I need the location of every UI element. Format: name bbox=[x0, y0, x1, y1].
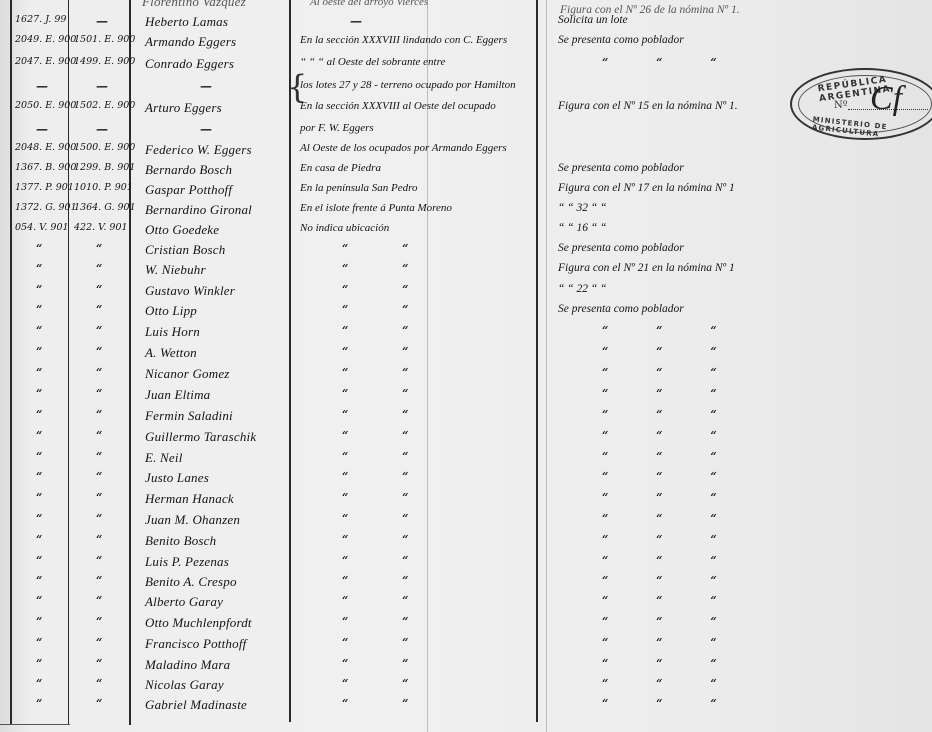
settler-name: Cristian Bosch bbox=[145, 242, 225, 258]
expediente-number-2: 1299. B. 901 bbox=[74, 162, 135, 173]
observation: “ “ “ bbox=[602, 512, 717, 525]
expediente-number-2: “ bbox=[96, 554, 102, 567]
location-description: “ “ bbox=[342, 345, 408, 358]
expediente-number-2: “ bbox=[96, 429, 102, 442]
expediente-number-2: 1499. E. 900 bbox=[74, 56, 135, 67]
settler-name: Otto Muchlenpfordt bbox=[145, 615, 252, 631]
settler-name: Benito Bosch bbox=[145, 533, 216, 549]
expediente-number-2: “ bbox=[96, 574, 102, 587]
expediente-number: 2050. E. 900 bbox=[15, 100, 76, 111]
expediente-number: 054. V. 901 bbox=[15, 222, 69, 233]
settler-name: Heberto Lamas bbox=[145, 14, 228, 30]
expediente-number-2: “ bbox=[96, 594, 102, 607]
expediente-number: 1367. B. 900 bbox=[15, 162, 76, 173]
location-description: “ “ bbox=[342, 408, 408, 421]
location-description: No indica ubicación bbox=[300, 222, 389, 234]
observation: “ “ “ bbox=[602, 574, 717, 587]
settler-name: Armando Eggers bbox=[145, 34, 236, 50]
observation: “ “ 32 “ “ bbox=[558, 202, 607, 214]
settler-name: Otto Goedeke bbox=[145, 222, 219, 238]
settler-name: Nicanor Gomez bbox=[145, 366, 230, 382]
observation: “ “ 22 “ “ bbox=[558, 283, 607, 295]
location-description: “ “ bbox=[342, 574, 408, 587]
expediente-number: “ bbox=[36, 324, 42, 337]
location-description: En la sección XXXVIII lindando con C. Eg… bbox=[300, 34, 507, 46]
observation: Figura con el Nº 15 en la nómina Nº 1. bbox=[558, 100, 738, 112]
location-description: “ “ bbox=[342, 615, 408, 628]
settler-name: Arturo Eggers bbox=[145, 100, 222, 116]
location-description: “ “ bbox=[342, 554, 408, 567]
settler-name: Luis P. Pezenas bbox=[145, 554, 229, 570]
expediente-number: “ bbox=[36, 533, 42, 546]
settler-name: — bbox=[200, 79, 212, 93]
ledger-page: Florentino Vazquez Al oeste del arroyo V… bbox=[0, 0, 932, 732]
expediente-number-2: 1502. E. 900 bbox=[74, 100, 135, 111]
settler-name: Justo Lanes bbox=[145, 470, 209, 486]
location-description: — bbox=[350, 14, 362, 28]
settler-name: — bbox=[200, 122, 212, 136]
stamp-number-label: Nº bbox=[834, 100, 847, 111]
location-description: “ “ bbox=[342, 697, 408, 710]
location-description: “ “ bbox=[342, 387, 408, 400]
expediente-number: “ bbox=[36, 262, 42, 275]
column-rule-left bbox=[10, 0, 12, 725]
column-rule-faint-2 bbox=[546, 0, 547, 732]
expediente-number-2: 1500. E. 900 bbox=[74, 142, 135, 153]
location-description: “ “ bbox=[342, 262, 408, 275]
expediente-number: 2047. E. 900 bbox=[15, 56, 76, 67]
observation: “ “ “ bbox=[602, 491, 717, 504]
expediente-number-2: “ bbox=[96, 366, 102, 379]
expediente-number: “ bbox=[36, 345, 42, 358]
expediente-number-2: — bbox=[96, 14, 108, 28]
observation: “ “ “ bbox=[602, 387, 717, 400]
observation: Figura con el Nº 17 en la nómina Nº 1 bbox=[558, 182, 735, 194]
expediente-number-2: 1364. G. 901 bbox=[74, 202, 136, 213]
expediente-number-2: “ bbox=[96, 283, 102, 296]
expediente-number: 1377. P. 901 bbox=[15, 182, 74, 193]
observation: “ “ “ bbox=[602, 366, 717, 379]
expediente-number: “ bbox=[36, 636, 42, 649]
settler-name: Herman Hanack bbox=[145, 491, 234, 507]
settler-name: Conrado Eggers bbox=[145, 56, 234, 72]
column-rule-name bbox=[289, 0, 291, 722]
observation: “ “ “ bbox=[602, 554, 717, 567]
settler-name: Bernardino Gironal bbox=[145, 202, 252, 218]
observation: “ “ “ bbox=[602, 324, 717, 337]
location-description: “ “ bbox=[342, 657, 408, 670]
expediente-number-2: — bbox=[96, 79, 108, 93]
settler-name: Gabriel Madinaste bbox=[145, 697, 247, 713]
settler-name: Gaspar Potthoff bbox=[145, 182, 232, 198]
location-description: “ “ bbox=[342, 533, 408, 546]
observation: Figura con el Nº 21 en la nómina Nº 1 bbox=[558, 262, 735, 274]
location-description: “ “ bbox=[342, 636, 408, 649]
stamp-handwritten-mark: Cf bbox=[870, 80, 902, 118]
observation: “ “ “ bbox=[602, 408, 717, 421]
expediente-number-2: “ bbox=[96, 262, 102, 275]
location-description: “ “ bbox=[342, 512, 408, 525]
expediente-number-2: “ bbox=[96, 387, 102, 400]
expediente-number-2: “ bbox=[96, 657, 102, 670]
column-rule-location bbox=[536, 0, 538, 722]
settler-name: Federico W. Eggers bbox=[145, 142, 252, 158]
location-description: En la península San Pedro bbox=[300, 182, 418, 194]
location-description: por F. W. Eggers bbox=[300, 122, 374, 134]
expediente-number-2: “ bbox=[96, 697, 102, 710]
expediente-number: “ bbox=[36, 242, 42, 255]
observation: “ “ “ bbox=[602, 636, 717, 649]
expediente-number: “ bbox=[36, 408, 42, 421]
expediente-number-2: “ bbox=[96, 324, 102, 337]
location-description: “ “ bbox=[342, 450, 408, 463]
expediente-number: “ bbox=[36, 594, 42, 607]
settler-name: A. Wetton bbox=[145, 345, 197, 361]
settler-name: Guillermo Taraschik bbox=[145, 429, 256, 445]
location-description: “ “ bbox=[342, 366, 408, 379]
observation: “ “ “ bbox=[602, 594, 717, 607]
observation: Se presenta como poblador bbox=[558, 162, 684, 174]
settler-name: Gustavo Winkler bbox=[145, 283, 235, 299]
location-description: “ “ bbox=[342, 242, 408, 255]
settler-name: E. Neil bbox=[145, 450, 183, 466]
observation: “ “ “ bbox=[602, 533, 717, 546]
observation: “ “ 16 “ “ bbox=[558, 222, 607, 234]
expediente-number-2: “ bbox=[96, 615, 102, 628]
cut-location: Al oeste del arroyo Vierces bbox=[310, 0, 428, 8]
expediente-number: 2049. E. 900 bbox=[15, 34, 76, 45]
observation: “ “ “ bbox=[602, 345, 717, 358]
location-description: En casa de Piedra bbox=[300, 162, 381, 174]
bottom-rule bbox=[0, 724, 70, 725]
expediente-number: “ bbox=[36, 574, 42, 587]
expediente-number-2: “ bbox=[96, 303, 102, 316]
expediente-number-2: 1010. P. 901 bbox=[74, 182, 133, 193]
expediente-number-2: “ bbox=[96, 242, 102, 255]
expediente-number: “ bbox=[36, 283, 42, 296]
expediente-number: — bbox=[36, 122, 48, 136]
expediente-number: 1372. G. 901 bbox=[15, 202, 77, 213]
observation: “ “ “ bbox=[602, 657, 717, 670]
observation: “ “ “ bbox=[602, 697, 717, 710]
location-description: “ “ bbox=[342, 283, 408, 296]
expediente-number-2: “ bbox=[96, 408, 102, 421]
settler-name: Luis Horn bbox=[145, 324, 200, 340]
location-description: “ “ bbox=[342, 429, 408, 442]
location-description: Al Oeste de los ocupados por Armando Egg… bbox=[300, 142, 507, 154]
location-description: “ “ bbox=[342, 491, 408, 504]
observation: Se presenta como poblador bbox=[558, 303, 684, 315]
observation: Se presenta como poblador bbox=[558, 242, 684, 254]
observation: “ “ “ bbox=[602, 677, 717, 690]
official-stamp: REPÚBLICA ARGENTINA Nº Cf MINISTERIO DE … bbox=[790, 68, 932, 140]
expediente-number: “ bbox=[36, 491, 42, 504]
expediente-number-2: “ bbox=[96, 470, 102, 483]
settler-name: Francisco Potthoff bbox=[145, 636, 246, 652]
location-description: En la sección XXXVIII al Oeste del ocupa… bbox=[300, 100, 496, 112]
expediente-number: “ bbox=[36, 697, 42, 710]
expediente-number-2: 1501. E. 900 bbox=[74, 34, 135, 45]
location-description: “ “ bbox=[342, 594, 408, 607]
settler-name: Nicolas Garay bbox=[145, 677, 224, 693]
expediente-number-2: “ bbox=[96, 345, 102, 358]
expediente-number: 2048. E. 900 bbox=[15, 142, 76, 153]
location-description: “ “ bbox=[342, 677, 408, 690]
settler-name: Otto Lipp bbox=[145, 303, 197, 319]
expediente-number-2: “ bbox=[96, 512, 102, 525]
settler-name: Alberto Garay bbox=[145, 594, 223, 610]
settler-name: Bernardo Bosch bbox=[145, 162, 232, 178]
settler-name: Juan M. Ohanzen bbox=[145, 512, 240, 528]
location-description: los lotes 27 y 28 - terreno ocupado por … bbox=[300, 79, 516, 91]
expediente-number: 1627. J. 99 bbox=[15, 14, 66, 25]
expediente-number-2: 422. V. 901 bbox=[74, 222, 128, 233]
expediente-number: — bbox=[36, 79, 48, 93]
expediente-number: “ bbox=[36, 366, 42, 379]
expediente-number-2: “ bbox=[96, 450, 102, 463]
expediente-number: “ bbox=[36, 554, 42, 567]
observation: “ “ “ bbox=[602, 615, 717, 628]
settler-name: Fermin Saladini bbox=[145, 408, 233, 424]
expediente-number-2: “ bbox=[96, 636, 102, 649]
expediente-number: “ bbox=[36, 657, 42, 670]
expediente-number: “ bbox=[36, 470, 42, 483]
observation: “ “ “ bbox=[602, 56, 717, 69]
expediente-number: “ bbox=[36, 677, 42, 690]
observation: Solicita un lote bbox=[558, 14, 628, 26]
location-description: En el islote frente á Punta Moreno bbox=[300, 202, 452, 214]
location-description: “ “ bbox=[342, 324, 408, 337]
settler-name: Maladino Mara bbox=[145, 657, 230, 673]
location-description: “ “ “ al Oeste del sobrante entre bbox=[300, 56, 445, 68]
settler-name: Benito A. Crespo bbox=[145, 574, 237, 590]
cut-name: Florentino Vazquez bbox=[142, 0, 246, 10]
observation: “ “ “ bbox=[602, 450, 717, 463]
expediente-number-2: “ bbox=[96, 677, 102, 690]
expediente-number-2: “ bbox=[96, 533, 102, 546]
location-description: “ “ bbox=[342, 303, 408, 316]
observation: Se presenta como poblador bbox=[558, 34, 684, 46]
expediente-number-2: “ bbox=[96, 491, 102, 504]
location-description: “ “ bbox=[342, 470, 408, 483]
expediente-number: “ bbox=[36, 303, 42, 316]
expediente-number: “ bbox=[36, 615, 42, 628]
settler-name: W. Niebuhr bbox=[145, 262, 206, 278]
expediente-number: “ bbox=[36, 450, 42, 463]
expediente-number: “ bbox=[36, 387, 42, 400]
expediente-number-2: — bbox=[96, 122, 108, 136]
expediente-number: “ bbox=[36, 429, 42, 442]
settler-name: Juan Eltima bbox=[145, 387, 210, 403]
expediente-number: “ bbox=[36, 512, 42, 525]
observation: “ “ “ bbox=[602, 470, 717, 483]
observation: “ “ “ bbox=[602, 429, 717, 442]
